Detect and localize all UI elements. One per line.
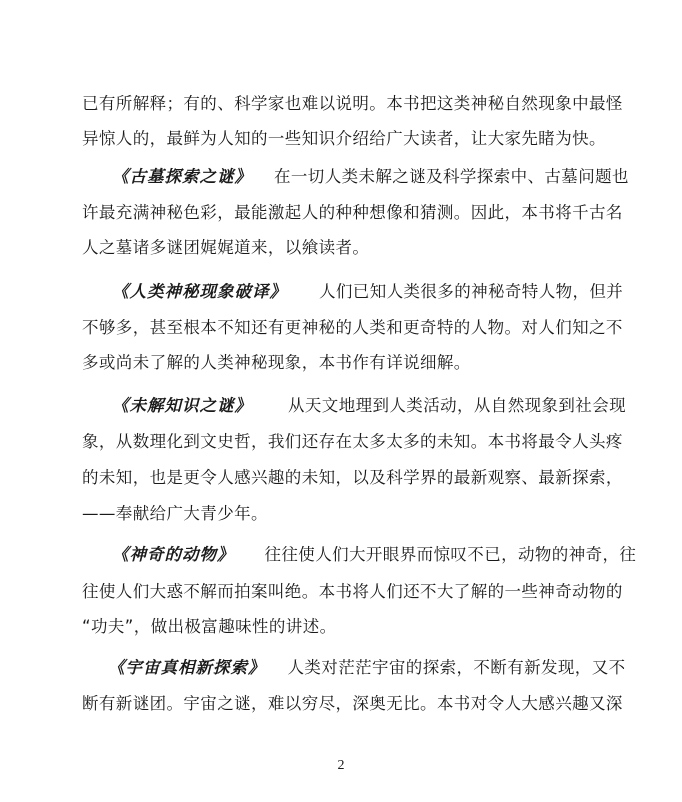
section-first-line: 《宇宙真相新探索》人类对茫茫宇宙的探索，不断有新发现，又不	[108, 656, 602, 680]
section-line: ——奉献给广大青少年。	[82, 502, 602, 526]
section-text: 人类对茫茫宇宙的探索，不断有新发现，又不	[288, 658, 626, 677]
section-line: 多或尚未了解的人类神秘现象，本书作有详说细解。	[82, 351, 602, 375]
section-first-line: 《古墓探索之谜》在一切人类未解之谜及科学探索中、古墓问题也	[112, 165, 602, 189]
section-line: 许最充满神秘色彩，最能激起人的种种想像和猜测。因此，本书将千古名	[82, 201, 602, 225]
section-first-line: 《神奇的动物》往往使人们大开眼界而惊叹不已，动物的神奇，往	[112, 543, 602, 567]
section-title: 《神奇的动物》	[112, 545, 235, 564]
section-title: 《人类神秘现象破译》	[112, 282, 287, 301]
section-line: “功夫”，做出极富趣味性的讲述。	[82, 615, 602, 639]
section-text: 人们已知人类很多的神秘奇特人物，但并	[319, 282, 623, 301]
section-title: 《古墓探索之谜》	[112, 167, 252, 186]
section-line: 象，从数理化到文史哲，我们还存在太多太多的未知。本书将最令人头疼	[82, 430, 602, 454]
section-first-line: 《人类神秘现象破译》人们已知人类很多的神秘奇特人物，但并	[112, 280, 602, 304]
section-text: 往往使人们大开眼界而惊叹不已，动物的神奇，往	[265, 545, 637, 564]
section-title: 《宇宙真相新探索》	[108, 658, 266, 677]
intro-line: 异惊人的，最鲜为人知的一些知识介绍给广大读者，让大家先睹为快。	[82, 127, 602, 151]
section-line: 断有新谜团。宇宙之谜，难以穷尽，深奥无比。本书对令人大感兴趣又深	[82, 692, 602, 716]
section-line: 往使人们大惑不解而拍案叫绝。本书将人们还不大了解的一些神奇动物的	[82, 580, 602, 604]
intro-line: 已有所解释；有的、科学家也难以说明。本书把这类神秘自然现象中最怪	[82, 92, 602, 116]
section-title: 《未解知识之谜》	[112, 396, 252, 415]
section-line: 不够多，甚至根本不知还有更神秘的人类和更奇特的人物。对人们知之不	[82, 316, 602, 340]
section-text: 从天文地理到人类活动，从自然现象到社会现	[288, 396, 626, 415]
section-first-line: 《未解知识之谜》从天文地理到人类活动，从自然现象到社会现	[112, 394, 602, 418]
section-line: 人之墓诸多谜团娓娓道来，以飨读者。	[82, 236, 602, 260]
document-page: 已有所解释；有的、科学家也难以说明。本书把这类神秘自然现象中最怪 异惊人的，最鲜…	[0, 0, 682, 802]
section-text: 在一切人类未解之谜及科学探索中、古墓问题也	[274, 167, 629, 186]
section-line: 的未知，也是更令人感兴趣的未知，以及科学界的最新观察、最新探索，	[82, 466, 602, 490]
page-number: 2	[0, 758, 682, 774]
